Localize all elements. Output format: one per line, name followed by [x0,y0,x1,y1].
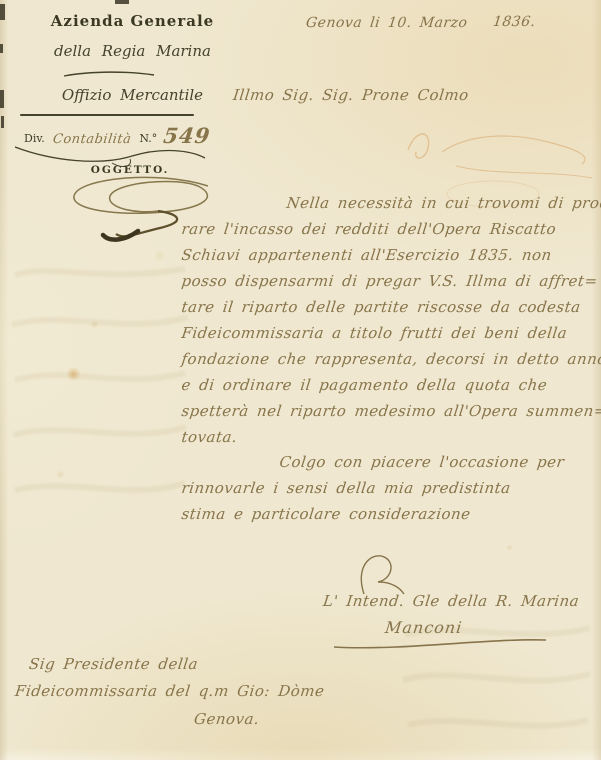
recipient-line: Fideicommissaria del q.m Gio: Dòme [14,682,326,700]
letterhead-rule [20,114,194,116]
body-line: rinnovarle i sensi della mia predistinta [180,475,601,501]
recipient-line: Sig Presidente della [28,655,199,673]
letter-page: Azienda Generale della Regia Marina Offi… [0,0,601,760]
body-line: Colgo con piacere l'occasione per [180,449,601,475]
dateline-year: 1836. [492,14,537,30]
body-line: Nella necessità in cui trovomi di procu= [180,190,601,216]
body-paragraph-2: Colgo con piacere l'occasione per rinnov… [180,449,600,527]
office-name: Offizio Mercantile [30,86,235,104]
edge-speck [0,4,5,20]
signature-underline [330,636,550,652]
subtitle-flourish [62,69,156,79]
body-line: spetterà nel riparto medesimo all'Opera … [180,398,601,424]
foxing-spot [506,544,513,551]
body-line: rare l'incasso dei redditi dell'Opera Ri… [180,216,601,242]
bleedthrough-mark [10,255,190,525]
edge-speck [0,90,4,108]
body-line: stima e particolare considerazione [180,501,601,527]
signature-title: L' Intend. Gle della R. Marina [322,592,580,610]
org-subname: della Regia Marina [30,42,235,60]
edge-speck [1,116,4,128]
body-line: tovata. [180,424,601,450]
body-line: Schiavi appartenenti all'Esercizio 1835.… [180,242,601,268]
body-line: posso dispensarmi di pregar V.S. Illma d… [180,268,601,294]
org-name: Azienda Generale [30,12,235,30]
body-line: fondazione che rappresenta, decorsi in d… [180,346,601,372]
edge-speck [0,44,3,53]
body-line: Fideicommissaria a titolo frutti dei ben… [180,320,601,346]
edge-speck [115,0,129,4]
signature-flourish [352,548,407,598]
body-paragraph-1: Nella necessità in cui trovomi di procu=… [180,190,600,450]
dateline-place: Genova li 10. Marzo [305,15,468,31]
recipient-city: Genova. [193,710,260,728]
body-line: tare il riparto delle partite riscosse d… [180,294,601,320]
salutation: Illmo Sig. Sig. Prone Colmo [232,86,470,104]
signature-name: Manconi [384,618,464,637]
body-line: e di ordinare il pagamento della quota c… [180,372,601,398]
